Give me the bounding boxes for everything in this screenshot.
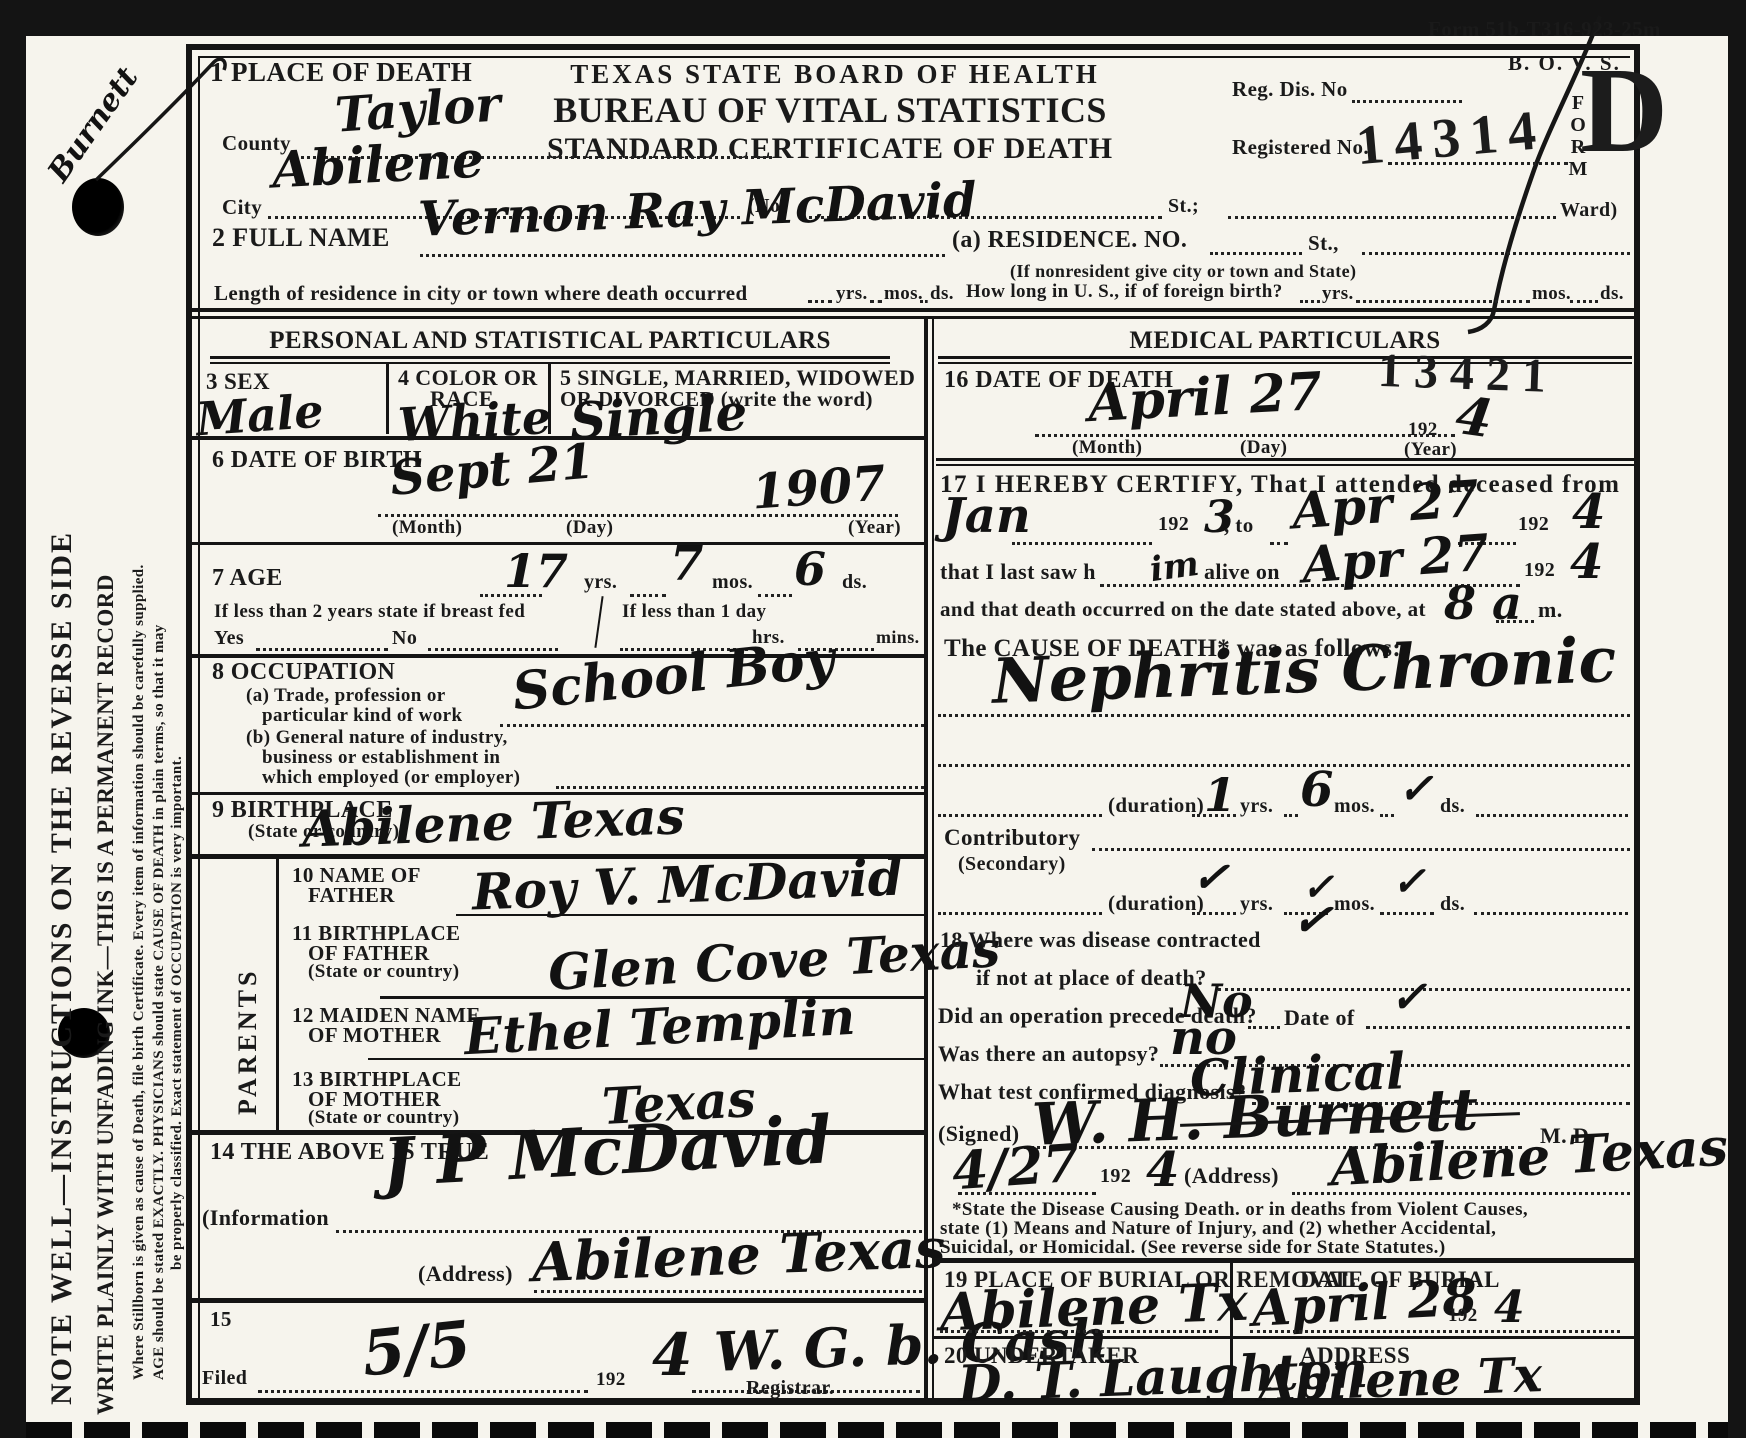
informant-address-value: Abilene Texas — [531, 1221, 946, 1289]
yrs-label: yrs. — [584, 572, 617, 593]
city-label: City — [222, 196, 262, 218]
operation-date-check: ✓ — [1390, 976, 1427, 1020]
undertaker-address-value: Abilene Tx — [1257, 1351, 1543, 1409]
printed-192: 192 — [1408, 420, 1438, 440]
secondary-label: (Secondary) — [958, 854, 1066, 875]
rule — [186, 308, 1640, 312]
occupation-label: 8 OCCUPATION — [212, 660, 395, 685]
certify-statement: 17 I HEREBY CERTIFY, That I attended dec… — [940, 472, 1620, 498]
length-residence-label: Length of residence in city or town wher… — [214, 282, 748, 304]
m-label: m. — [1538, 598, 1563, 621]
age-label: 7 AGE — [212, 566, 283, 591]
filed-date-value: 5/5 — [359, 1312, 474, 1385]
printed-192: 192 — [1518, 514, 1549, 535]
rule — [934, 1336, 1634, 1339]
burial-date-value: April 28 — [1251, 1272, 1478, 1334]
form-code: Form 51b-T316-923-25m — [1428, 18, 1661, 40]
footnote-line-1: *State the Disease Causing Death. or in … — [952, 1200, 1528, 1220]
st-label: St.; — [1168, 196, 1199, 217]
ds-label: ds. — [1440, 894, 1465, 915]
sidebar-note-well: NOTE WELL—INSTRUCTIONS ON THE REVERSE SI… — [46, 255, 78, 1405]
footnote-line-2: state (1) Means and Nature of Injury, an… — [940, 1219, 1496, 1239]
dotted-line — [1270, 542, 1288, 545]
sidebar-instruction-2: AGE should be stated EXACTLY. PHYSICIANS… — [152, 350, 168, 1380]
printed-192: 192 — [1158, 514, 1189, 535]
less-than-day-label: If less than 1 day — [622, 602, 766, 622]
signed-date-value: 4/27 — [950, 1138, 1081, 1199]
mos-label: mos. — [1334, 894, 1375, 915]
no-label: No — [392, 628, 417, 649]
rule — [936, 458, 1634, 461]
ds-label: ds. — [842, 572, 867, 593]
parents-bracket — [276, 859, 279, 1131]
ds-label: ds. — [1440, 796, 1465, 817]
state-country-sublabel: (State or country) — [308, 962, 459, 982]
dotted-line — [870, 300, 882, 303]
contributory-label: Contributory — [944, 826, 1080, 850]
occupation-b-label-2: business or establishment in — [262, 748, 500, 768]
dotted-line — [940, 1330, 1218, 1333]
dotted-line — [938, 814, 1102, 817]
dotted-line — [1366, 1026, 1630, 1029]
dotted-line — [808, 300, 832, 303]
printed-192: 192 — [1524, 560, 1555, 581]
mother-maiden-label-2: OF MOTHER — [308, 1024, 441, 1046]
duration-label: (duration) — [1108, 892, 1204, 914]
yrs-label: yrs. — [1322, 284, 1354, 304]
sidebar-instruction-1: Where Stillborn is given as cause of Dea… — [132, 340, 148, 1380]
where-contracted-label: 18 Where was disease contracted — [940, 928, 1261, 951]
form-border-left — [186, 44, 192, 1404]
nonresident-note: (If nonresident give city or town and St… — [1010, 262, 1356, 281]
dotted-line — [1476, 814, 1628, 817]
rule — [198, 56, 200, 1398]
informant-address-label: (Address) — [418, 1262, 513, 1285]
dotted-line — [420, 254, 945, 257]
reg-dis-label: Reg. Dis. No — [1232, 78, 1348, 100]
dotted-line — [1362, 252, 1630, 255]
date-of-label: Date of — [1284, 1006, 1355, 1029]
mos-label: mos. — [712, 572, 753, 593]
dotted-line — [920, 300, 928, 303]
information-label: (Information — [202, 1206, 329, 1229]
contributory-check: ✓ — [1392, 862, 1426, 902]
dotted-line — [1250, 1330, 1620, 1333]
rule — [936, 464, 1634, 466]
occupation-b-label: (b) General nature of industry, — [246, 728, 508, 748]
ds-label: ds. — [930, 284, 954, 304]
rule — [934, 1258, 1634, 1263]
dotted-line — [534, 1290, 922, 1293]
month-sublabel: (Month) — [392, 518, 462, 538]
age-ds-value: 6 — [794, 546, 826, 592]
footnote-line-3: Suicidal, or Homicidal. (See reverse sid… — [940, 1238, 1446, 1258]
registrar-label: Registrar. — [746, 1378, 834, 1399]
dotted-line — [1092, 848, 1630, 851]
printed-192: 192 — [1100, 1166, 1131, 1187]
dotted-line — [1380, 814, 1394, 817]
sex-value: Male — [195, 388, 325, 443]
birthplace-value: Abilene Texas — [301, 791, 685, 854]
duration-ds-check: ✓ — [1398, 768, 1433, 810]
sidebar-write-plainly: WRITE PLAINLY WITH UNFADING INK—THIS IS … — [94, 305, 118, 1415]
personal-section-title: PERSONAL AND STATISTICAL PARTICULARS — [200, 328, 900, 354]
dob-year-value: 1907 — [750, 459, 887, 516]
dotted-line — [1570, 300, 1598, 303]
printed-192: 192 — [596, 1370, 626, 1390]
filed-year-value: 4 — [652, 1326, 692, 1384]
certificate-title: STANDARD CERTIFICATE OF DEATH — [480, 133, 1180, 165]
dotted-line — [1356, 300, 1530, 303]
rule — [368, 1058, 924, 1060]
where-contracted-check: ✓ — [1290, 894, 1335, 946]
dotted-line — [758, 594, 792, 597]
year-sublabel: (Year) — [848, 518, 901, 538]
yes-label: Yes — [214, 628, 244, 649]
form-border-top — [186, 44, 1640, 50]
residence-st-label: St., — [1308, 232, 1339, 254]
doctor-address-label: (Address) — [1184, 1164, 1279, 1187]
big-d-letter: D — [1580, 50, 1668, 172]
dotted-line — [958, 1192, 1096, 1195]
day-sublabel: (Day) — [1240, 438, 1287, 458]
dotted-line — [938, 764, 1630, 767]
bureau-title: BUREAU OF VITAL STATISTICS — [480, 92, 1180, 130]
printed-192: 192 — [1448, 1306, 1478, 1326]
mos-label: mos. — [1334, 796, 1375, 817]
last-saw-label: that I last saw h — [940, 560, 1096, 583]
how-long-us-label: How long in U. S., if of foreign birth? — [966, 282, 1283, 302]
dotted-line — [1496, 620, 1534, 623]
duration-mos-value: 6 — [1300, 766, 1333, 814]
occupation-b-label-3: which employed (or employer) — [262, 768, 520, 788]
last-saw-him-scribble: im — [1148, 547, 1201, 587]
dotted-line — [500, 724, 924, 727]
dotted-line — [1380, 912, 1434, 915]
father-name-value: Roy V. McDavid — [471, 852, 903, 917]
father-name-label-2: FATHER — [308, 884, 395, 906]
dotted-line — [1352, 100, 1462, 103]
breast-fed-label: If less than 2 years state if breast fed — [214, 602, 525, 622]
form-border-right — [1634, 44, 1640, 1404]
rule — [456, 914, 924, 916]
month-sublabel: (Month) — [1072, 438, 1142, 458]
dotted-line — [428, 648, 558, 651]
rule — [186, 316, 1640, 319]
dotted-line — [1012, 542, 1152, 545]
dotted-line — [1300, 300, 1320, 303]
dotted-line — [1248, 1026, 1280, 1029]
dotted-line — [1192, 912, 1236, 915]
rule — [210, 356, 890, 359]
parents-vertical-label: PARENTS — [234, 885, 261, 1115]
date-of-death-year: 4 — [1453, 390, 1496, 447]
occupation-a-label: (a) Trade, profession or — [246, 686, 446, 706]
death-certificate-scan: Burnett NOTE WELL—INSTRUCTIONS ON THE RE… — [0, 0, 1746, 1438]
full-name-label: 2 FULL NAME — [212, 224, 390, 251]
residence-label: (a) RESIDENCE. NO. — [952, 228, 1187, 253]
dotted-line — [1284, 814, 1298, 817]
form-vertical-label: FORM — [1566, 92, 1589, 252]
duration-yrs-value: 1 — [1204, 772, 1236, 818]
to-label: , to — [1224, 514, 1254, 536]
mos-label: mos. — [1532, 284, 1571, 304]
age-mos-value: 7 — [670, 540, 703, 588]
yrs-label: yrs. — [1240, 796, 1273, 817]
rule — [186, 1298, 926, 1303]
age-yrs-value: 17 — [504, 548, 568, 594]
attended-from-value: Jan — [942, 492, 1031, 540]
city-value: Abilene — [271, 134, 485, 195]
not-at-place-label: if not at place of death? — [976, 966, 1207, 989]
dotted-line — [630, 594, 666, 597]
signed-year-value: 4 — [1146, 1146, 1179, 1194]
item-15-label: 15 — [210, 1308, 232, 1330]
burial-year-value: 4 — [1494, 1286, 1525, 1330]
registered-label: Registered No. — [1232, 136, 1369, 158]
dotted-line — [1474, 912, 1628, 915]
dotted-line — [1228, 216, 1556, 219]
alive-on-label: alive on — [1204, 560, 1280, 583]
ward-label: Ward) — [1560, 200, 1618, 221]
dotted-line — [938, 714, 1630, 717]
yrs-label: yrs. — [1240, 894, 1273, 915]
date-of-death-value: April 27 — [1087, 366, 1323, 430]
attended-to-year: 4 — [1572, 488, 1605, 536]
occupation-a-label-2: particular kind of work — [262, 706, 462, 726]
dotted-line — [256, 648, 388, 651]
ds-label: ds. — [1600, 284, 1624, 304]
autopsy-label: Was there an autopsy? — [938, 1042, 1159, 1065]
death-occurred-label: and that death occurred on the date stat… — [940, 598, 1426, 620]
dotted-line — [938, 912, 1102, 915]
year-sublabel: (Year) — [1404, 440, 1457, 460]
dotted-line — [258, 1390, 588, 1393]
mins-label: mins. — [876, 628, 920, 647]
dotted-line — [1210, 252, 1302, 255]
cell-divider — [386, 364, 389, 434]
last-saw-year: 4 — [1570, 538, 1603, 586]
duration-label: (duration) — [1108, 794, 1204, 816]
board-title: TEXAS STATE BOARD OF HEALTH — [510, 60, 1160, 88]
sidebar-instruction-3: be properly classified. Exact statement … — [170, 550, 186, 1270]
day-sublabel: (Day) — [566, 518, 613, 538]
mos-label: mos. — [884, 284, 923, 304]
yrs-label: yrs. — [836, 284, 868, 304]
filed-label: Filed — [202, 1368, 247, 1389]
